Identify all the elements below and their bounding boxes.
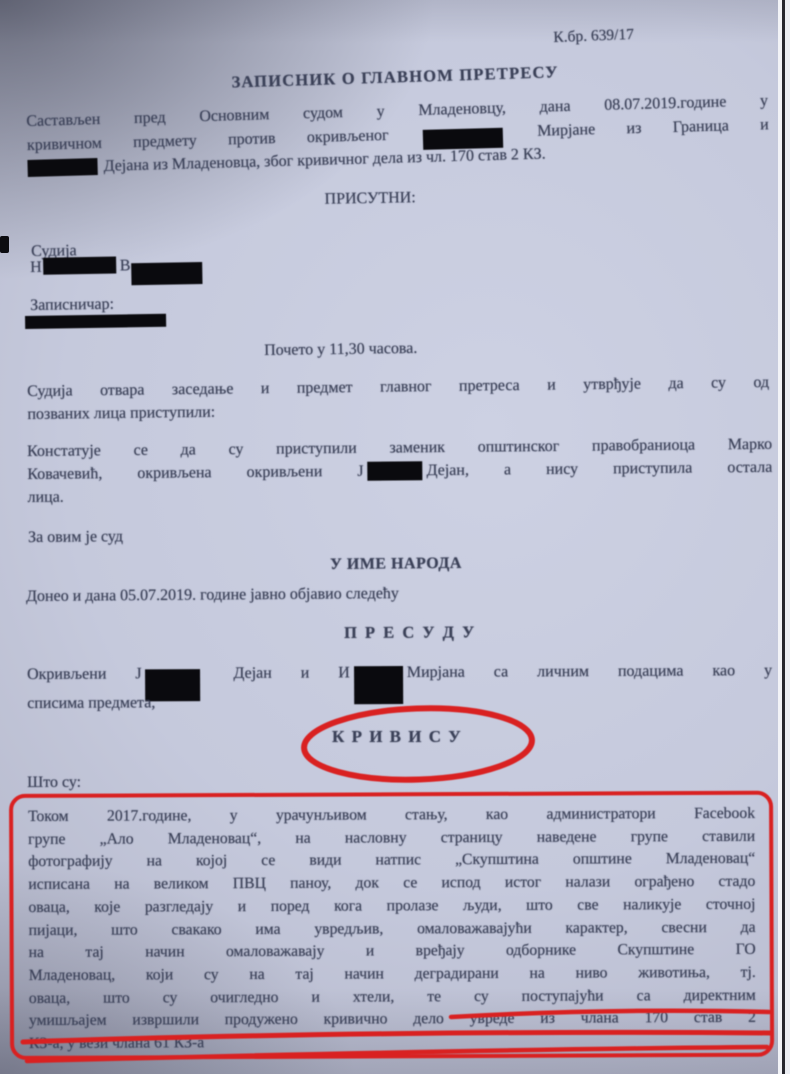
presuda-heading: П Р Е С У Д У [344, 620, 476, 644]
charge-line-11: КЗ-а, у вези члана 61 КЗ-а [29, 1030, 756, 1056]
redaction-box [367, 461, 422, 481]
started-at: Почето у 11,30 часова. [264, 337, 417, 362]
charge-line-5: оваца, које разгледају и поред кога прол… [28, 894, 755, 920]
charge-line-6: пијаци, што свакако има увредљив, омалов… [28, 916, 755, 942]
charge-line-4: исписана на великом ПВЦ паноу, док се ис… [28, 871, 755, 897]
case-number: К.бр. 639/17 [553, 26, 634, 47]
redaction-box [25, 314, 166, 329]
u-ime-naroda-heading: У ИМЕ НАРОДА [330, 552, 462, 576]
doneo-line: Донео и дана 05.07.2019. године јавно об… [26, 582, 399, 608]
charge-line-7: на тај начин омаловажавају и вређају одб… [29, 939, 756, 965]
recorder-label: Записничар: [30, 293, 114, 318]
document-ink-layer: К.бр. 639/17 ЗАПИСНИК О ГЛАВНОМ ПРЕТРЕСУ… [0, 0, 790, 1074]
present-heading: ПРИСУТНИ: [25, 181, 715, 216]
za-ovim-line: За овим је суд [28, 525, 123, 549]
charge-paragraph: Током 2017.године, у урачунљивом стању, … [28, 803, 756, 1056]
charge-line-1: Током 2017.године, у урачунљивом стању, … [28, 803, 755, 829]
charge-line-10: умишљајем извршили продужено кривично де… [29, 1007, 756, 1033]
sto-su-line: Што су: [27, 771, 81, 794]
judge-name-line: Н В [30, 253, 203, 279]
charge-line-9: оваца, што су очигледно и хтели, те су п… [29, 984, 756, 1010]
defendants-paragraph: Окривљени Ј Дејан и ИМирјана са личним п… [27, 659, 772, 716]
redaction-box [27, 158, 97, 177]
attendance-paragraph: Констатује се да су приступили заменик о… [27, 433, 773, 510]
redaction-box [354, 666, 403, 704]
defendants-line-1: Окривљени Ј Дејан и ИМирјана са личним п… [27, 659, 772, 692]
photographed-court-document: К.бр. 639/17 ЗАПИСНИК О ГЛАВНОМ ПРЕТРЕСУ… [0, 0, 790, 1074]
charge-line-3: фотографију на којој се види натпис „Ску… [28, 848, 755, 874]
charge-line-8: Младеновац, који су на тај начин дегради… [29, 962, 756, 988]
intro-paragraph: Састављен пред Основним судом у Младенов… [26, 89, 770, 180]
verdict-text: К Р И В И С У [332, 727, 462, 747]
redaction-box [43, 257, 116, 275]
charge-line-2: групе „Ало Младеновац“, на насловну стра… [28, 826, 755, 852]
redaction-box [131, 262, 202, 285]
opening-paragraph: Судија отвара заседање и предмет главног… [27, 371, 770, 426]
